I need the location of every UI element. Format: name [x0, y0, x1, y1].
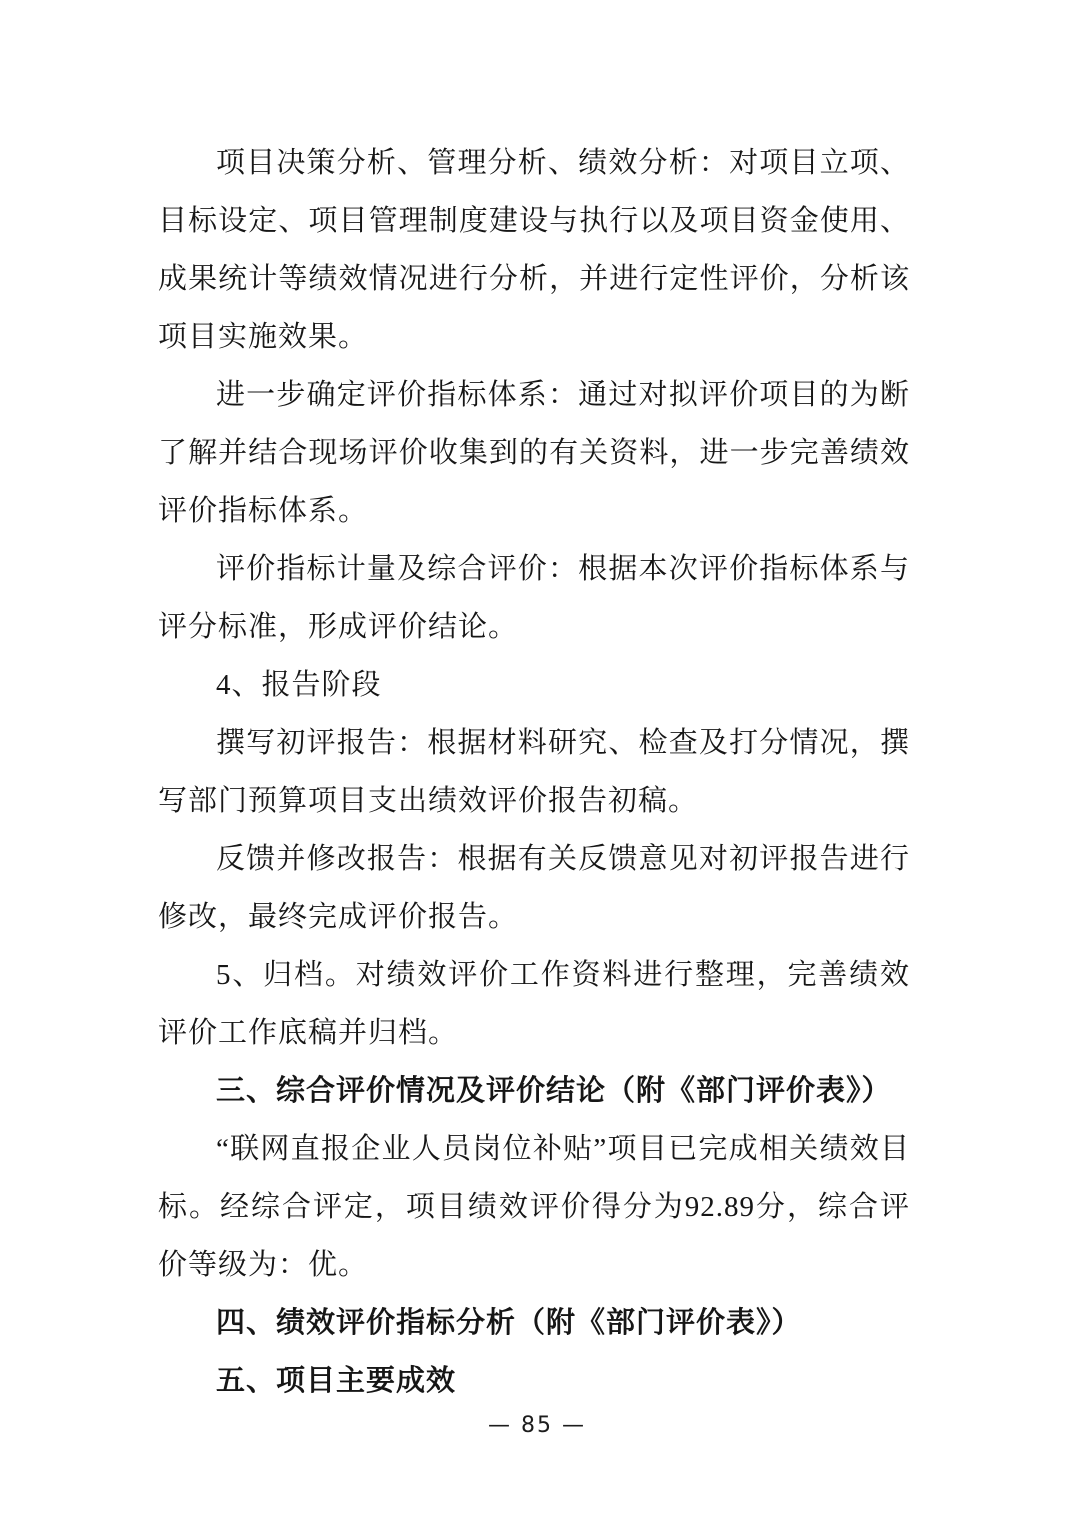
- paragraph-evaluation-result: “联网直报企业人员岗位补贴”项目已完成相关绩效目标。经综合评定，项目绩效评价得分…: [158, 1120, 910, 1294]
- document-page: 项目决策分析、管理分析、绩效分析：对项目立项、目标设定、项目管理制度建设与执行以…: [0, 0, 1074, 1520]
- paragraph-indicator-measure: 评价指标计量及综合评价：根据本次评价指标体系与评分标准，形成评价结论。: [158, 540, 910, 656]
- paragraph-indicator-system: 进一步确定评价指标体系：通过对拟评价项目的为断了解并结合现场评价收集到的有关资料…: [158, 366, 910, 540]
- section-heading-3-conclusion: 三、综合评价情况及评价结论（附《部门评价表》）: [158, 1062, 910, 1120]
- paragraph-draft-report: 撰写初评报告：根据材料研究、检查及打分情况，撰写部门预算项目支出绩效评价报告初稿…: [158, 714, 910, 830]
- section-heading-4-indicators: 四、绩效评价指标分析（附《部门评价表》）: [158, 1294, 910, 1352]
- paragraph-report-stage: 4、报告阶段: [158, 656, 910, 714]
- section-heading-5-achievements: 五、项目主要成效: [158, 1352, 910, 1410]
- paragraph-feedback-revise: 反馈并修改报告：根据有关反馈意见对初评报告进行修改，最终完成评价报告。: [158, 830, 910, 946]
- paragraph-archive: 5、归档。对绩效评价工作资料进行整理，完善绩效评价工作底稿并归档。: [158, 946, 910, 1062]
- document-body: 项目决策分析、管理分析、绩效分析：对项目立项、目标设定、项目管理制度建设与执行以…: [158, 134, 910, 1410]
- paragraph-project-analysis: 项目决策分析、管理分析、绩效分析：对项目立项、目标设定、项目管理制度建设与执行以…: [158, 134, 910, 366]
- page-number: — 85 —: [0, 1406, 1074, 1446]
